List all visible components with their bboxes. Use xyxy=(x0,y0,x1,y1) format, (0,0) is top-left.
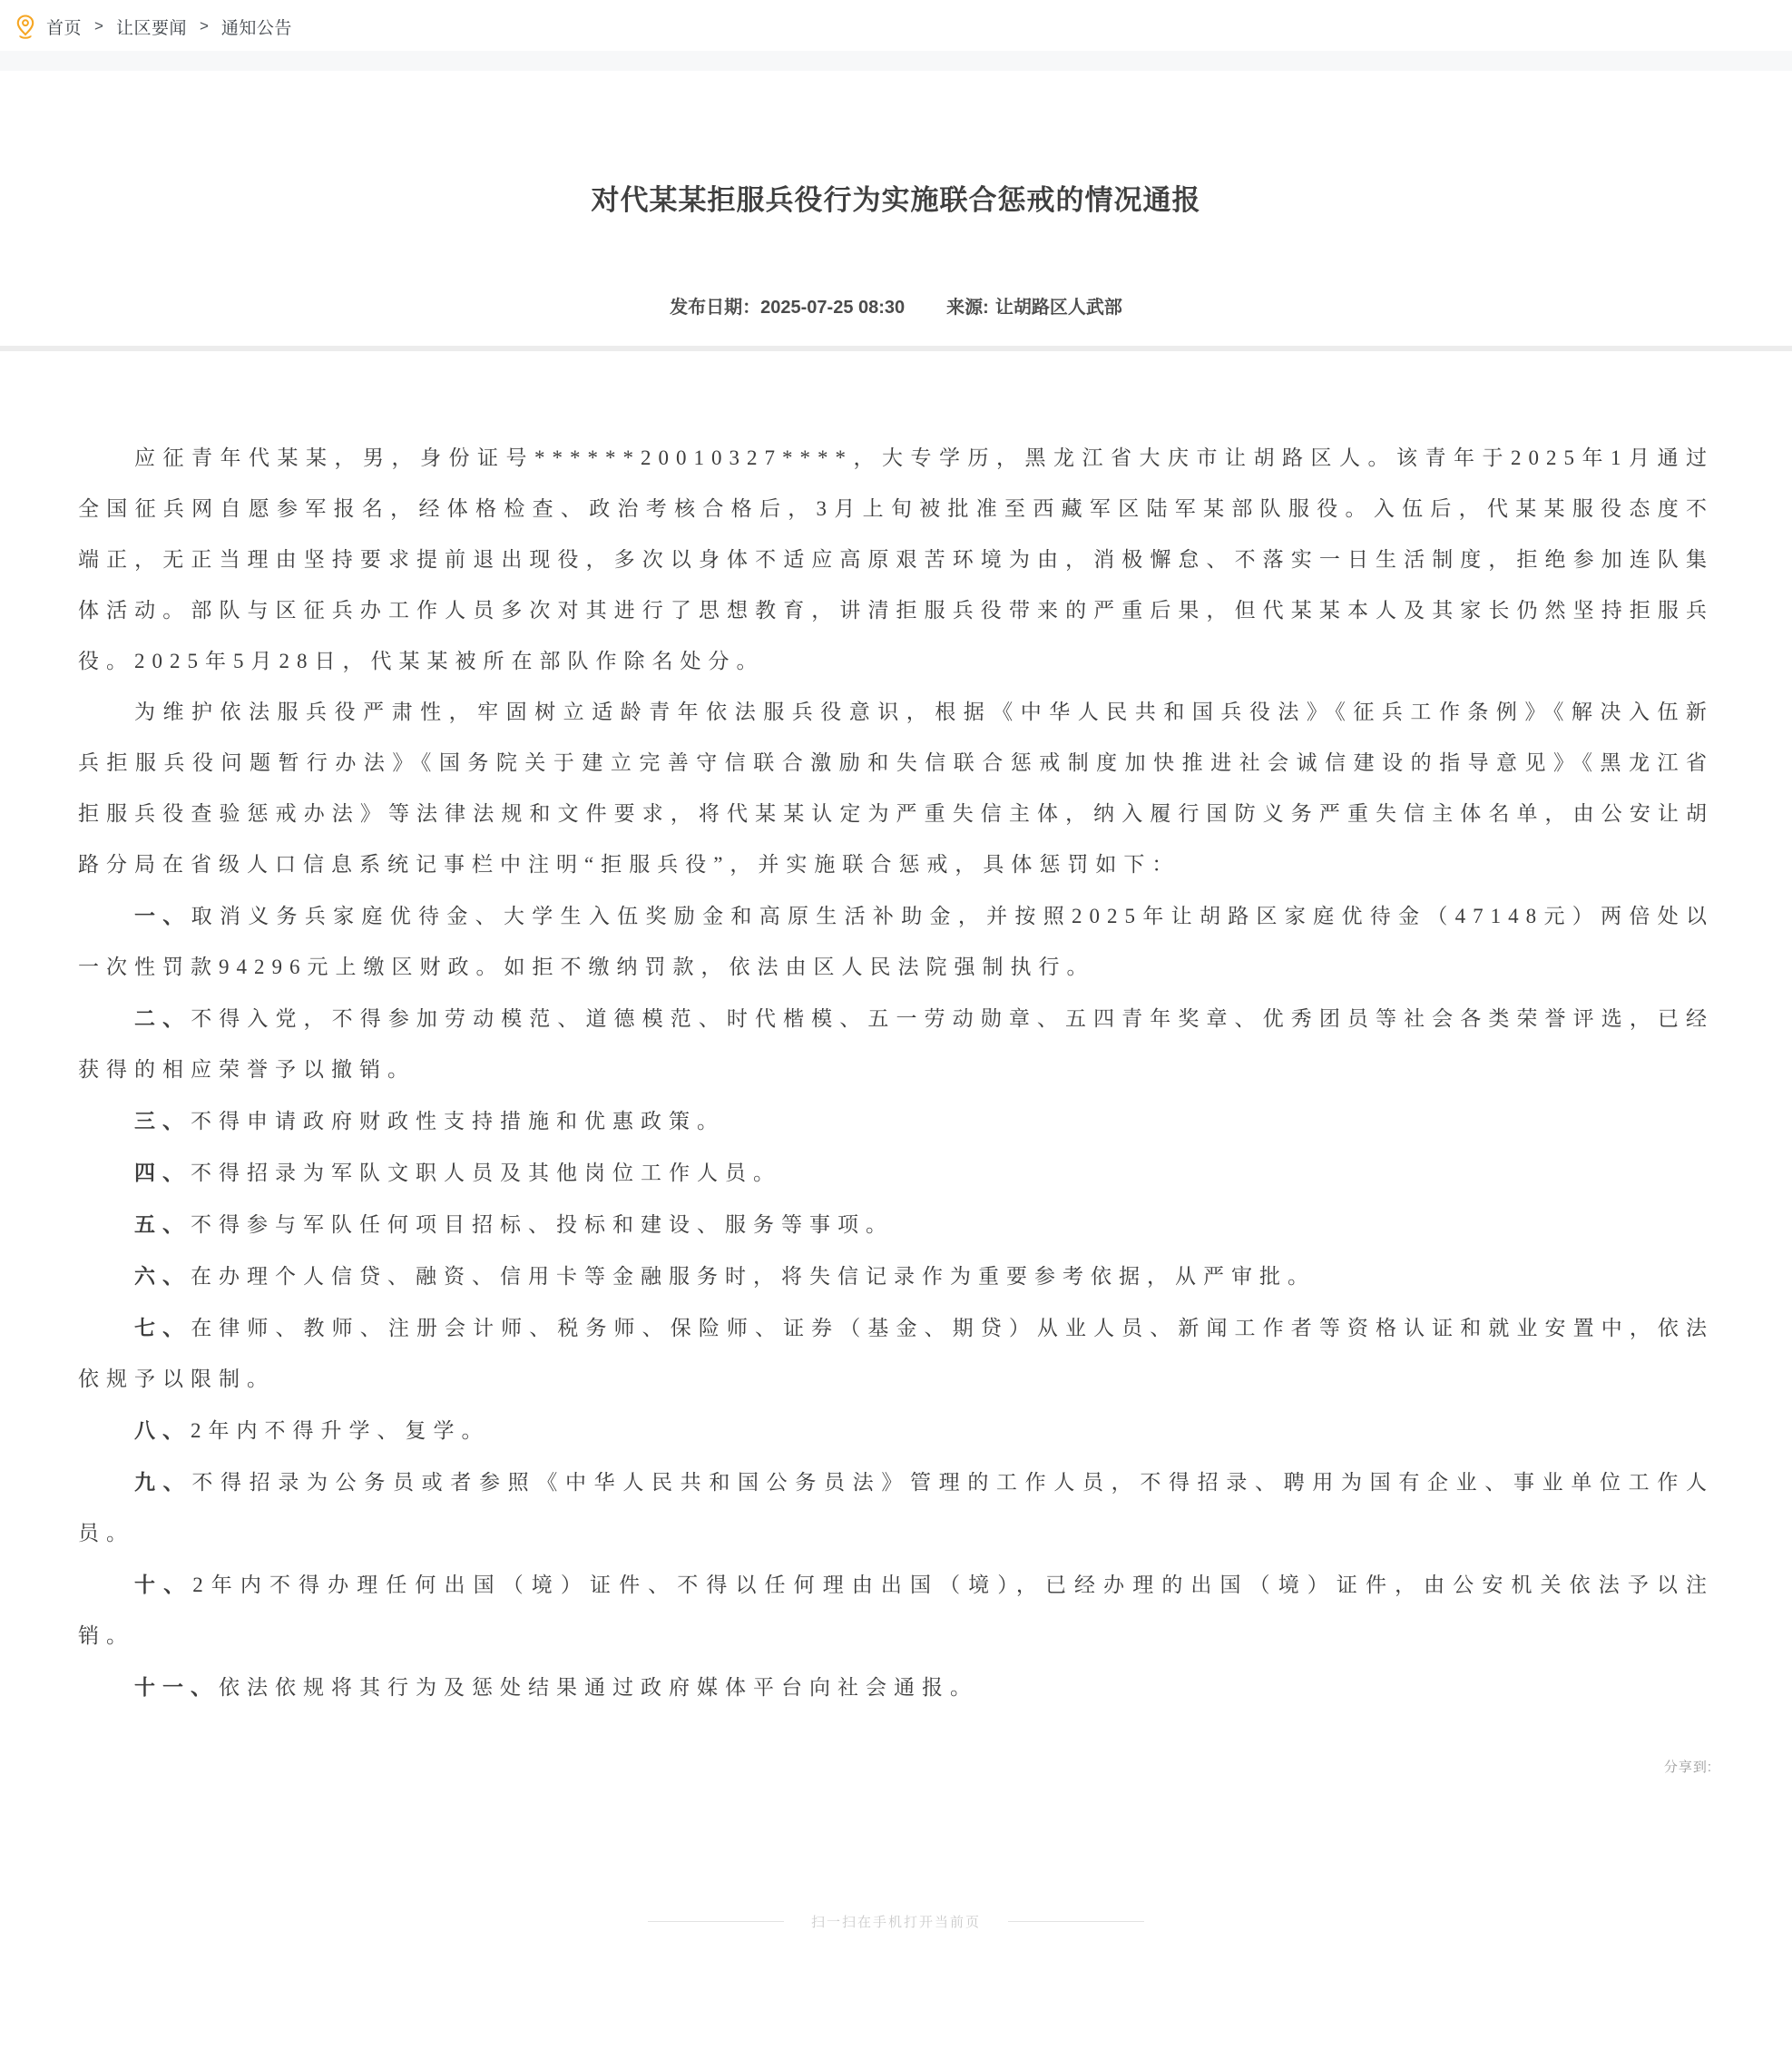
article-paragraph: 应征青年代某某，男，身份证号******20010327****，大专学历，黑龙… xyxy=(78,433,1714,687)
item-number: 一、 xyxy=(134,904,191,927)
item-number: 八、 xyxy=(134,1418,191,1442)
item-number: 五、 xyxy=(134,1212,191,1236)
punishment-item: 十一、依法依规将其行为及惩处结果通过政府媒体平台向社会通报。 xyxy=(78,1662,1714,1713)
punishment-item: 三、不得申请政府财政性支持措施和优惠政策。 xyxy=(78,1095,1714,1147)
item-text: 取消义务兵家庭优待金、大学生入伍奖励金和高原生活补助金，并按照2025年让胡路区… xyxy=(78,905,1714,978)
punishment-item: 十、2年内不得办理任何出国（境）证件、不得以任何理由出国（境），已经办理的出国（… xyxy=(78,1559,1714,1662)
page-title: 对代某某拒服兵役行为实施联合惩戒的情况通报 xyxy=(80,181,1712,221)
scan-tip-row: 扫一扫在手机打开当前页 xyxy=(0,1912,1792,1931)
item-text: 2年内不得办理任何出国（境）证件、不得以任何理由出国（境），已经办理的出国（境）… xyxy=(78,1574,1714,1647)
item-number: 四、 xyxy=(134,1161,191,1184)
item-text: 在律师、教师、注册会计师、税务师、保险师、证券（基金、期贷）从业人员、新闻工作者… xyxy=(78,1317,1714,1390)
item-number: 七、 xyxy=(134,1316,191,1339)
item-number: 三、 xyxy=(134,1109,191,1132)
item-text: 不得招录为公务员或者参照《中华人民共和国公务员法》管理的工作人员，不得招录、聘用… xyxy=(78,1471,1714,1544)
scan-tip-text: 扫一扫在手机打开当前页 xyxy=(811,1912,981,1931)
share-label: 分享到: xyxy=(1664,1760,1712,1775)
item-text: 不得招录为军队文职人员及其他岗位工作人员。 xyxy=(191,1162,781,1184)
punishment-item: 二、不得入党，不得参加劳动模范、道德模范、时代楷模、五一劳动勋章、五四青年奖章、… xyxy=(78,993,1714,1095)
punishment-item: 一、取消义务兵家庭优待金、大学生入伍奖励金和高原生活补助金，并按照2025年让胡… xyxy=(78,890,1714,993)
breadcrumb-item-home[interactable]: 首页 xyxy=(46,15,82,39)
source-value: 让胡路区人武部 xyxy=(995,298,1122,318)
punishment-item: 九、不得招录为公务员或者参照《中华人民共和国公务员法》管理的工作人员，不得招录、… xyxy=(78,1456,1714,1559)
punishment-item: 七、在律师、教师、注册会计师、税务师、保险师、证券（基金、期贷）从业人员、新闻工… xyxy=(78,1302,1714,1405)
item-text: 不得申请政府财政性支持措施和优惠政策。 xyxy=(191,1110,725,1132)
item-number: 九、 xyxy=(134,1470,191,1494)
header-divider xyxy=(0,346,1792,351)
article-meta: 发布日期：2025-07-25 08:30来源:让胡路区人武部 xyxy=(0,295,1792,320)
breadcrumb-separator: > xyxy=(94,17,103,35)
punishment-item: 六、在办理个人信贷、融资、信用卡等金融服务时，将失信记录作为重要参考依据，从严审… xyxy=(78,1250,1714,1302)
breadcrumb-item-notices[interactable]: 通知公告 xyxy=(221,15,292,39)
share-row: 分享到: xyxy=(80,1757,1712,1776)
item-number: 六、 xyxy=(134,1264,191,1288)
item-text: 2年内不得升学、复学。 xyxy=(191,1419,490,1442)
punishment-item: 五、不得参与军队任何项目招标、投标和建设、服务等事项。 xyxy=(78,1199,1714,1250)
breadcrumb: 首页 > 让区要闻 > 通知公告 xyxy=(0,0,1792,51)
item-text: 在办理个人信贷、融资、信用卡等金融服务时，将失信记录作为重要参考依据，从严审批。 xyxy=(191,1265,1316,1288)
item-number: 十一、 xyxy=(134,1675,219,1699)
breadcrumb-separator: > xyxy=(200,17,209,35)
item-number: 十、 xyxy=(134,1573,192,1596)
item-number: 二、 xyxy=(134,1006,191,1030)
source-label: 来源: xyxy=(946,298,989,318)
section-separator-band xyxy=(0,51,1792,71)
article-body: 应征青年代某某，男，身份证号******20010327****，大专学历，黑龙… xyxy=(78,433,1714,1713)
divider-line xyxy=(1008,1921,1144,1922)
punishment-item: 八、2年内不得升学、复学。 xyxy=(78,1405,1714,1456)
item-text: 不得入党，不得参加劳动模范、道德模范、时代楷模、五一劳动勋章、五四青年奖章、优秀… xyxy=(78,1007,1714,1081)
divider-line xyxy=(648,1921,784,1922)
publish-date-value: 2025-07-25 08:30 xyxy=(760,298,905,318)
item-text: 不得参与军队任何项目招标、投标和建设、服务等事项。 xyxy=(191,1213,894,1236)
article-paragraph: 为维护依法服兵役严肃性，牢固树立适龄青年依法服兵役意识，根据《中华人民共和国兵役… xyxy=(78,687,1714,890)
punishment-item: 四、不得招录为军队文职人员及其他岗位工作人员。 xyxy=(78,1147,1714,1199)
publish-date-label: 发布日期： xyxy=(670,298,760,318)
location-pin-icon xyxy=(15,14,36,39)
item-text: 依法依规将其行为及惩处结果通过政府媒体平台向社会通报。 xyxy=(219,1676,978,1699)
breadcrumb-item-district-news[interactable]: 让区要闻 xyxy=(116,15,187,39)
